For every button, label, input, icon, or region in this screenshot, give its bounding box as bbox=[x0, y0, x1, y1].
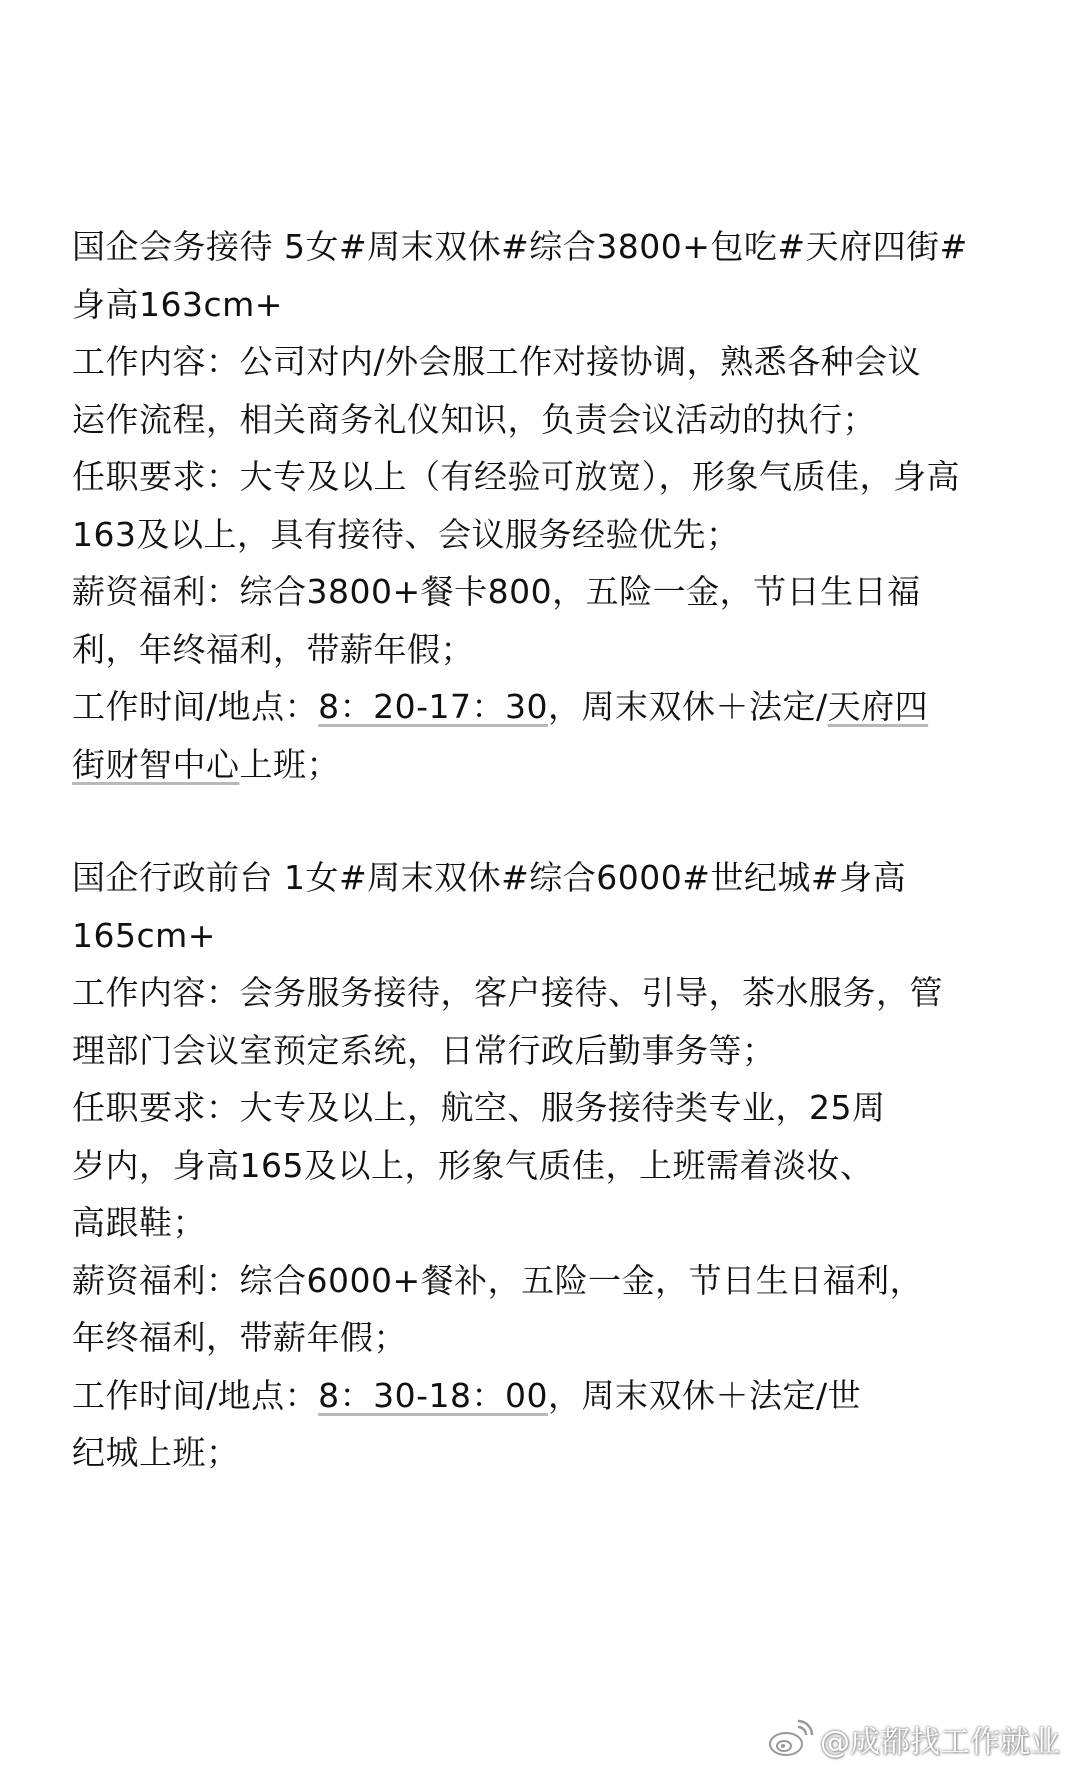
time-end: 上班； bbox=[240, 745, 341, 784]
job-title-cont: 身高163cm+ bbox=[72, 276, 1012, 334]
job-salary: 薪资福利：综合6000+餐补，五险一金，节日生日福利， bbox=[72, 1252, 1012, 1310]
time-mid: ，周末双休＋法定/ bbox=[548, 687, 828, 726]
job-content-cont: 理部门会议室预定系统，日常行政后勤事务等； bbox=[72, 1022, 1012, 1080]
job-requirements-cont2: 高跟鞋； bbox=[72, 1194, 1012, 1252]
job-block-conference-reception: 国企会务接待 5女#周末双休#综合3800+包吃#天府四街# 身高163cm+ … bbox=[72, 218, 1012, 793]
job-time-location-cont: 纪城上班； bbox=[72, 1424, 1012, 1482]
job-requirements: 任职要求：大专及以上，航空、服务接待类专业，25周 bbox=[72, 1079, 1012, 1137]
job-title: 国企会务接待 5女#周末双休#综合3800+包吃#天府四街# bbox=[72, 218, 1012, 276]
work-hours-link[interactable]: 8：20-17：30 bbox=[318, 687, 548, 726]
job-salary: 薪资福利：综合3800+餐卡800，五险一金，节日生日福 bbox=[72, 563, 1012, 621]
job-time-location: 工作时间/地点：8：30-18：00，周末双休＋法定/世 bbox=[72, 1367, 1012, 1425]
job-content-cont: 运作流程，相关商务礼仪知识，负责会议活动的执行； bbox=[72, 391, 1012, 449]
job-requirements-cont: 岁内，身高165及以上，形象气质佳，上班需着淡妆、 bbox=[72, 1137, 1012, 1195]
job-title-cont: 165cm+ bbox=[72, 907, 1012, 965]
watermark-text: @成都找工作就业 bbox=[820, 1717, 1060, 1761]
job-posting-document: 国企会务接待 5女#周末双休#综合3800+包吃#天府四街# 身高163cm+ … bbox=[72, 218, 1012, 1538]
location-link-cont[interactable]: 街财智中心 bbox=[72, 745, 240, 784]
time-label: 工作时间/地点： bbox=[72, 1376, 318, 1415]
job-requirements: 任职要求：大专及以上（有经验可放宽），形象气质佳，身高 bbox=[72, 448, 1012, 506]
time-label: 工作时间/地点： bbox=[72, 687, 318, 726]
time-mid: ，周末双休＋法定/世 bbox=[548, 1376, 861, 1415]
job-content: 工作内容：会务服务接待，客户接待、引导，茶水服务，管 bbox=[72, 964, 1012, 1022]
job-block-admin-front-desk: 国企行政前台 1女#周末双休#综合6000#世纪城#身高 165cm+ 工作内容… bbox=[72, 849, 1012, 1482]
job-time-location-cont: 街财智中心上班； bbox=[72, 736, 1012, 794]
job-salary-cont: 年终福利，带薪年假； bbox=[72, 1309, 1012, 1367]
job-salary-cont: 利，年终福利，带薪年假； bbox=[72, 621, 1012, 679]
job-time-location: 工作时间/地点：8：20-17：30，周末双休＋法定/天府四 bbox=[72, 678, 1012, 736]
location-link[interactable]: 天府四 bbox=[828, 687, 929, 726]
job-title: 国企行政前台 1女#周末双休#综合6000#世纪城#身高 bbox=[72, 849, 1012, 907]
job-requirements-cont: 163及以上，具有接待、会议服务经验优先； bbox=[72, 506, 1012, 564]
weibo-watermark: @成都找工作就业 bbox=[768, 1717, 1060, 1761]
weibo-logo-icon bbox=[768, 1719, 814, 1759]
work-hours-link[interactable]: 8：30-18：00 bbox=[318, 1376, 548, 1415]
job-content: 工作内容：公司对内/外会服工作对接协调，熟悉各种会议 bbox=[72, 333, 1012, 391]
